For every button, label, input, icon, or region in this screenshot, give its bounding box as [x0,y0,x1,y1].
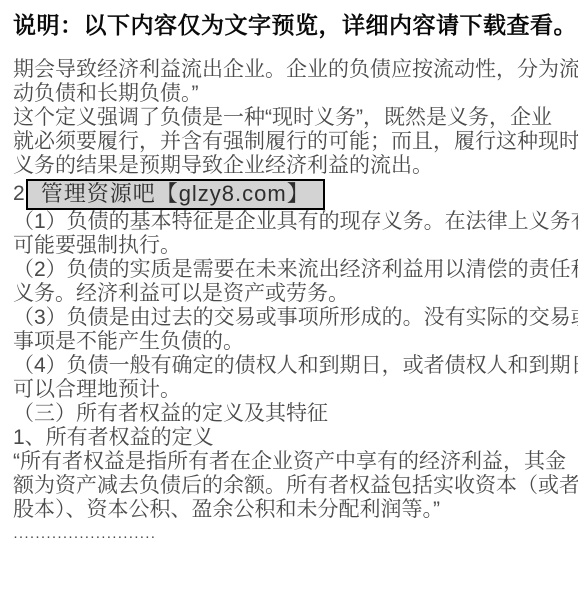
text-line: 这个定义强调了负债是一种“现时义务”，既然是义务，企业 [13,106,564,130]
text-line: 1、所有者权益的定义 [13,426,564,450]
document-preview-page: 说明：以下内容仅为文字预览，详细内容请下载查看。 期会导致经济利益流出企业。企业… [0,0,578,600]
text-line: 期会导致经济利益流出企业。企业的负债应按流动性，分为流 [13,58,564,82]
ellipsis-row: ·························· [13,529,564,545]
text-line: （三）所有者权益的定义及其特征 [13,402,564,426]
text-line: 就必须要履行，并含有强制履行的可能；而且，履行这种现时 [13,130,564,154]
text-line: 动负债和长期负债。” [13,82,564,106]
text-line: “所有者权益是指所有者在企业资产中享有的经济利益，其金 [13,450,564,474]
text-line: 额为资产减去负债后的余额。所有者权益包括实收资本（或者 [13,474,564,498]
text-line: （4）负债一般有确定的债权人和到期日，或者债权人和到期日 [13,354,564,378]
watermark-row: 2 管理资源吧【glzy8.com】 [13,178,564,210]
obscured-text: 2 [13,178,25,210]
text-line: 义务。经济利益可以是资产或劳务。 [13,282,564,306]
text-line: 可以合理地预计。 [13,378,564,402]
text-line: 可能要强制执行。 [13,234,564,258]
text-line: 义务的结果是预期导致企业经济利益的流出。 [13,154,564,178]
preview-notice: 说明：以下内容仅为文字预览，详细内容请下载查看。 [13,12,564,39]
text-line: 股本）、资本公积、盈余公积和未分配利润等。” [13,498,564,522]
document-body: 期会导致经济利益流出企业。企业的负债应按流动性，分为流 动负债和长期负债。” 这… [13,58,564,545]
text-line: （2）负债的实质是需要在未来流出经济利益用以清偿的责任和 [13,258,564,282]
text-line: （3）负债是由过去的交易或事项所形成的。没有实际的交易或 [13,306,564,330]
watermark-badge: 管理资源吧【glzy8.com】 [26,179,325,210]
text-line: 事项是不能产生负债的。 [13,330,564,354]
text-line: （1）负债的基本特征是企业具有的现存义务。在法律上义务有 [13,210,564,234]
